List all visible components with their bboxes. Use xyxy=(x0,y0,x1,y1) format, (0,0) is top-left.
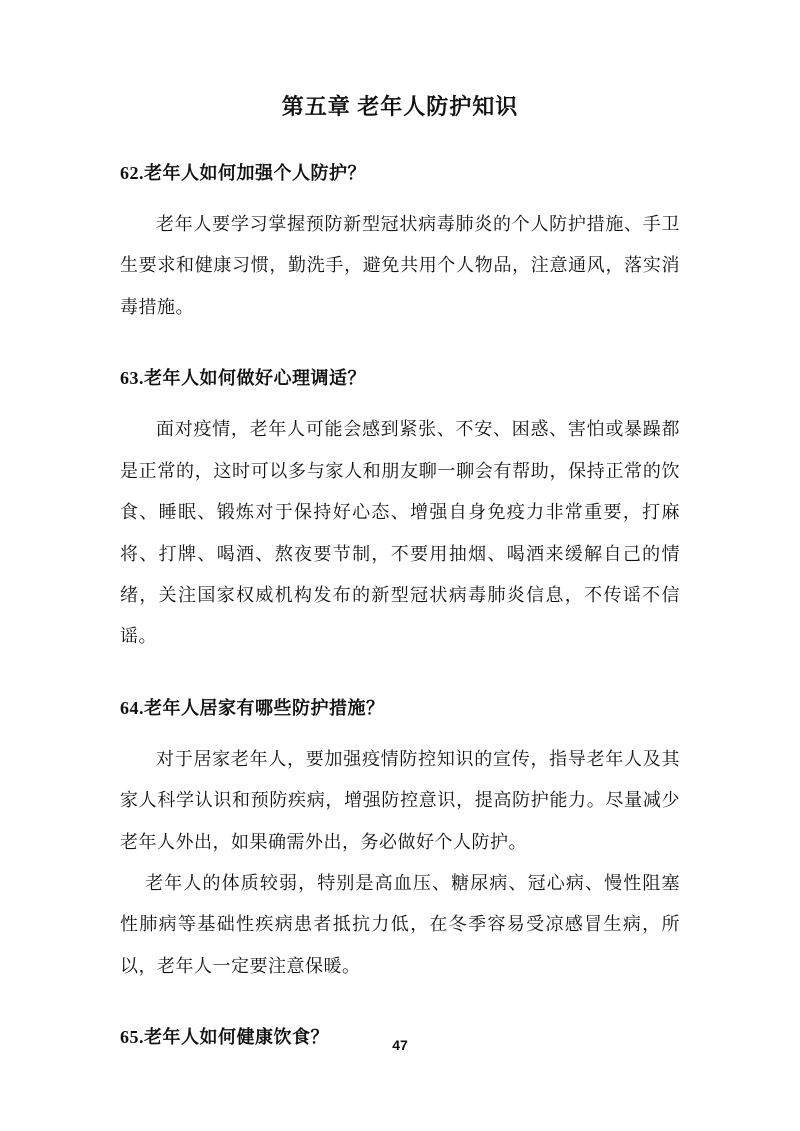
page-number: 47 xyxy=(0,1037,800,1053)
document-page: 第五章 老年人防护知识 62.老年人如何加强个人防护？ 老年人要学习掌握预防新型… xyxy=(0,0,800,1131)
section-q63: 63.老年人如何做好心理调适？ 面对疫情，老年人可能会感到紧张、不安、困惑、害怕… xyxy=(120,366,680,658)
document-content: 第五章 老年人防护知识 62.老年人如何加强个人防护？ 老年人要学习掌握预防新型… xyxy=(0,92,800,1050)
answer-paragraph: 老年人的体质较弱，特别是高血压、糖尿病、冠心病、慢性阻塞性肺病等基础性疾病患者抵… xyxy=(120,863,680,987)
section-q62: 62.老年人如何加强个人防护？ 老年人要学习掌握预防新型冠状病毒肺炎的个人防护措… xyxy=(120,161,680,328)
answer-paragraph: 对于居家老年人，要加强疫情防控知识的宣传，指导老年人及其家人科学认识和预防疾病，… xyxy=(120,739,680,863)
question-heading-62: 62.老年人如何加强个人防护？ xyxy=(120,161,680,186)
answer-paragraph: 老年人要学习掌握预防新型冠状病毒肺炎的个人防护措施、手卫生要求和健康习惯，勤洗手… xyxy=(120,204,680,328)
question-heading-64: 64.老年人居家有哪些防护措施？ xyxy=(120,696,680,721)
section-q64: 64.老年人居家有哪些防护措施？ 对于居家老年人，要加强疫情防控知识的宣传，指导… xyxy=(120,696,680,988)
answer-paragraph: 面对疫情，老年人可能会感到紧张、不安、困惑、害怕或暴躁都是正常的，这时可以多与家… xyxy=(120,409,680,657)
chapter-title: 第五章 老年人防护知识 xyxy=(120,92,680,123)
question-heading-63: 63.老年人如何做好心理调适？ xyxy=(120,366,680,391)
